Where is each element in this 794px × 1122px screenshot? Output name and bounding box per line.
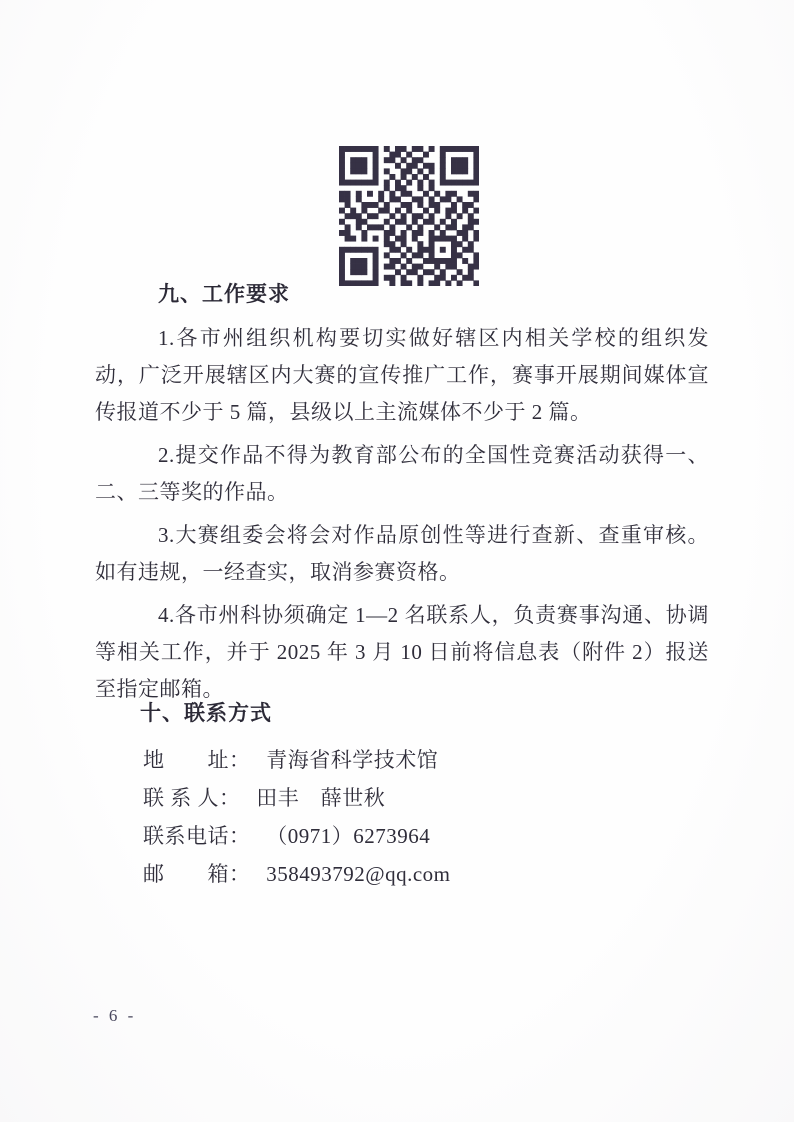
work-requirement-paragraph-3: 3.大赛组委会将会对作品原创性等进行查新、查重审核。如有违规，一经查实，取消参赛… [95, 517, 709, 591]
work-requirements-heading: 九、工作要求 [158, 280, 709, 310]
contact-info-heading: 十、联系方式 [140, 699, 709, 729]
section-work-requirements: 九、工作要求 1.各市州组织机构要切实做好辖区内相关学校的组织发动，广泛开展辖区… [95, 280, 709, 714]
contact-row-person: 联 系 人： 田丰 薛世秋 [143, 779, 709, 817]
contact-label-address: 地 址： [143, 741, 251, 779]
contact-row-address: 地 址： 青海省科学技术馆 [143, 741, 709, 779]
work-requirement-paragraph-1: 1.各市州组织机构要切实做好辖区内相关学校的组织发动，广泛开展辖区内大赛的宣传推… [95, 320, 709, 431]
contact-value-phone: （0971）6273964 [266, 817, 430, 855]
qr-code [339, 146, 479, 286]
section-contact-info: 十、联系方式 地 址： 青海省科学技术馆 联 系 人： 田丰 薛世秋 联系电话：… [95, 699, 709, 893]
document-page: 九、工作要求 1.各市州组织机构要切实做好辖区内相关学校的组织发动，广泛开展辖区… [0, 0, 794, 1122]
contact-value-person: 田丰 薛世秋 [256, 779, 385, 817]
contact-row-phone: 联系电话： （0971）6273964 [143, 817, 709, 855]
contact-row-email: 邮 箱： 358493792@qq.com [143, 855, 709, 893]
work-requirement-paragraph-2: 2.提交作品不得为教育部公布的全国性竞赛活动获得一、二、三等奖的作品。 [95, 437, 709, 511]
contact-label-phone: 联系电话： [143, 817, 251, 855]
page-number: - 6 - [93, 1006, 136, 1026]
contact-value-email: 358493792@qq.com [266, 855, 450, 893]
contact-label-person: 联 系 人： [143, 779, 241, 817]
contact-label-email: 邮 箱： [143, 855, 251, 893]
contact-value-address: 青海省科学技术馆 [266, 741, 438, 779]
work-requirement-paragraph-4: 4.各市州科协须确定 1—2 名联系人，负责赛事沟通、协调等相关工作，并于 20… [95, 597, 709, 708]
